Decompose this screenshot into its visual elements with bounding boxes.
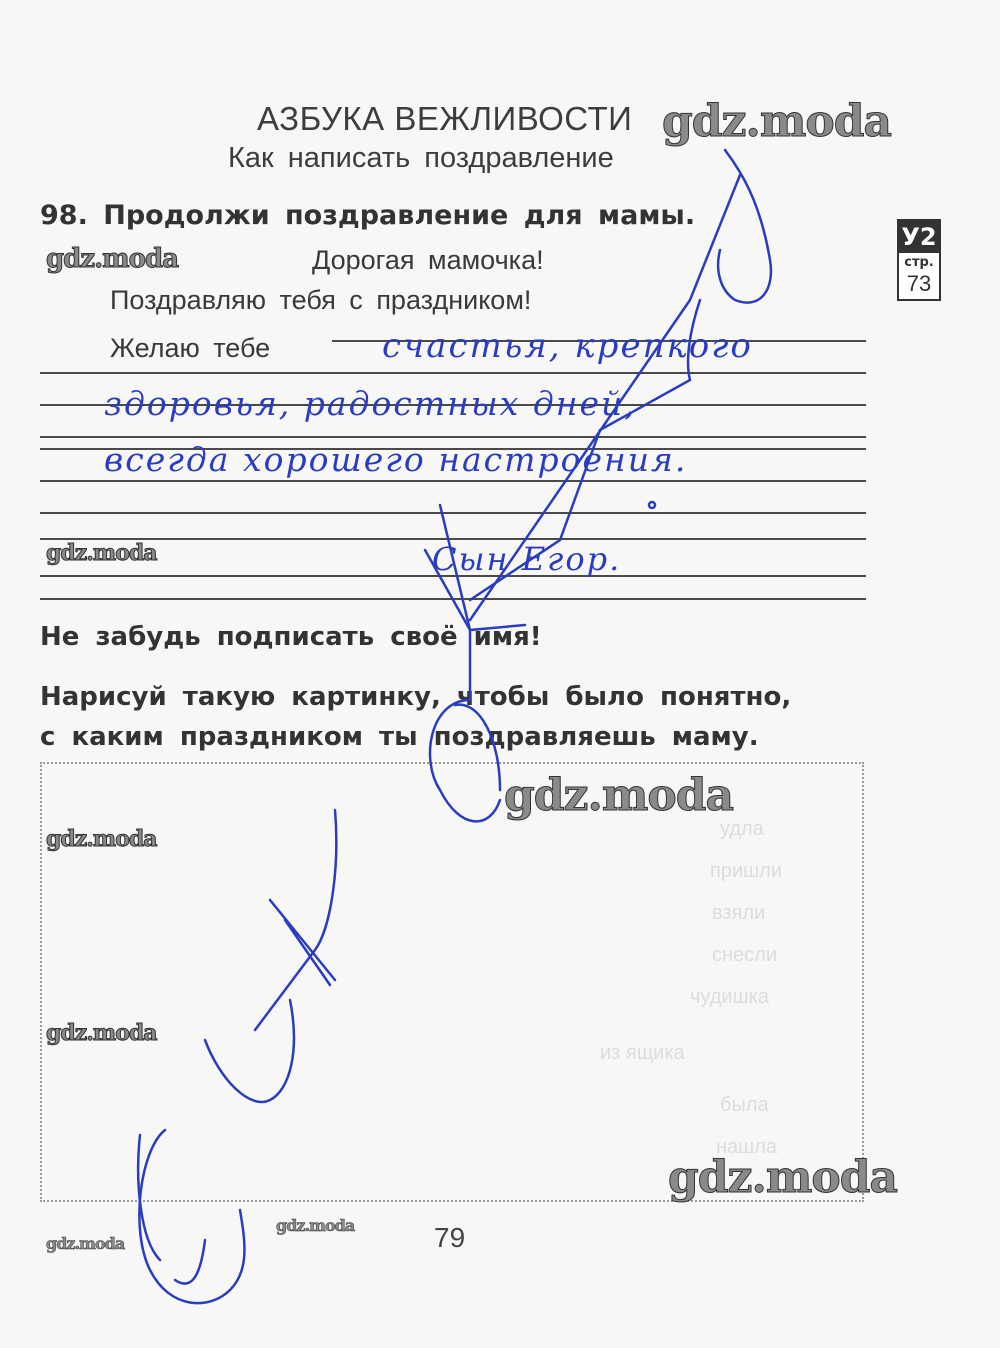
drawing-task-line-2: с каким праздником ты поздравляешь маму. [40,722,759,752]
badge-page-ref: 73 [899,271,939,299]
watermark: gdz.moda [276,1216,354,1235]
congrats-line: Поздравляю тебя с праздником! [110,285,531,316]
watermark: gdz.moda [662,96,891,147]
watermark: gdz.moda [46,826,157,852]
drawing-area[interactable] [40,762,864,1202]
lesson-subtitle: Как написать поздравление [228,142,614,175]
drawing-task-line-1: Нарисуй такую картинку, чтобы было понят… [40,682,791,712]
watermark: gdz.moda [46,1234,124,1253]
page-number: 79 [434,1222,465,1254]
greeting-line: Дорогая мамочка! [312,245,544,276]
sign-name-reminder: Не забудь подписать своё имя! [40,622,542,652]
workbook-reference-badge: У2 стр. 73 [897,219,941,301]
wish-prefix: Желаю тебе [110,333,270,364]
watermark: gdz.moda [46,244,178,274]
handwritten-line-1: счастья, крепкого [382,326,753,366]
handwritten-signature: Сын Егор. [432,540,621,578]
watermark: gdz.moda [668,1152,897,1203]
exercise-heading: 98. Продолжи поздравление для мамы. [40,200,695,231]
writing-line [40,372,866,374]
watermark: gdz.moda [504,770,733,821]
watermark: gdz.moda [46,1020,157,1046]
badge-code: У2 [899,221,939,253]
writing-line [40,598,866,600]
watermark: gdz.moda [46,540,157,566]
handwritten-line-3: всегда хорошего настроения. [104,440,687,479]
handwritten-line-2: здоровья, радостных дней, [104,384,637,423]
workbook-page: удла пришли взяли снесли чудишка из ящик… [0,0,1000,1348]
writing-line [40,480,866,482]
writing-line [40,436,866,438]
writing-line [40,512,866,514]
badge-label: стр. [899,253,939,271]
section-title: АЗБУКА ВЕЖЛИВОСТИ [257,100,632,138]
